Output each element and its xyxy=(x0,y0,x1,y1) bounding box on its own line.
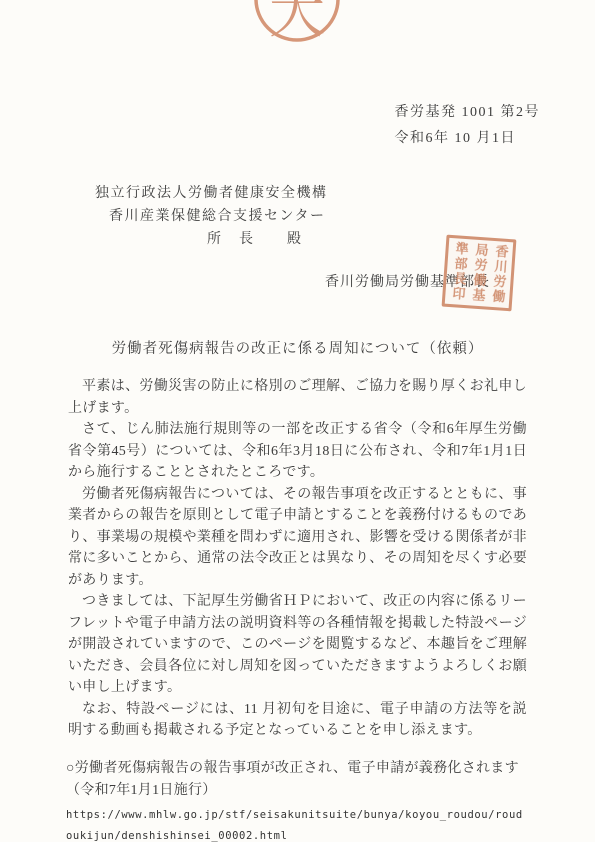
body-paragraph: なお、特設ページには、11 月初旬を目途に、電子申請の方法等を説明する動画も掲載… xyxy=(68,699,527,742)
seal-column-1: 香川労働 xyxy=(487,244,511,305)
document-date: 令和6年 10 月1日 xyxy=(395,126,541,152)
scanned-letter-page: 大 香労基発 1001 第2号 令和6年 10 月1日 独立行政法人労働者健康安… xyxy=(0,0,595,842)
document-header: 香労基発 1001 第2号 令和6年 10 月1日 xyxy=(0,100,595,152)
notice-block: ○労働者死傷病報告の報告事項が改正され、電子申請が義務化されます（令和7年1月1… xyxy=(66,758,528,842)
circular-stamp-icon: 大 xyxy=(250,0,344,46)
body-paragraph: 労働者死傷病報告については、その報告事項を改正するとともに、事業者からの報告を原… xyxy=(68,484,527,592)
body-paragraph: さて、じん肺法施行規則等の一部を改正する省令（令和6年厚生労働省令第45号）につ… xyxy=(68,419,527,484)
document-number: 香労基発 1001 第2号 xyxy=(395,100,541,126)
recipient-organization: 独立行政法人労働者健康安全機構 xyxy=(95,182,595,205)
partial-circular-stamp: 大 xyxy=(250,0,344,46)
official-red-seal: 香川労働 局労働基 準部長印 xyxy=(442,235,517,312)
recipient-block: 独立行政法人労働者健康安全機構 香川産業保健総合支援センター 所 長 殿 xyxy=(95,182,595,251)
subject-title: 労働者死傷病報告の改正に係る周知について（依頼） xyxy=(0,337,595,358)
body-paragraph: つきましては、下記厚生労働省ＨＰにおいて、改正の内容に係るリーフレットや電子申請… xyxy=(68,591,527,699)
notice-heading: ○労働者死傷病報告の報告事項が改正され、電子申請が義務化されます（令和7年1月1… xyxy=(66,758,528,802)
body-paragraph: 平素は、労働災害の防止に格別のご理解、ご協力を賜り厚くお礼申し上げます。 xyxy=(68,376,527,419)
recipient-center: 香川産業保健総合支援センター xyxy=(95,205,595,228)
recipient-honorific: 所 長 殿 xyxy=(95,228,595,251)
sender-block: 香川労働局労働基準部長 香川労働 局労働基 準部長印 xyxy=(0,265,595,311)
letter-body: 平素は、労働災害の防止に格別のご理解、ご協力を賜り厚くお礼申し上げます。 さて、… xyxy=(68,376,527,742)
stamp-glyph: 大 xyxy=(269,0,325,45)
seal-column-3: 準部長印 xyxy=(447,241,471,302)
notice-url: https://www.mhlw.go.jp/stf/seisakunitsui… xyxy=(66,805,528,842)
seal-text: 香川労働 局労働基 準部長印 xyxy=(447,241,511,305)
seal-column-2: 局労働基 xyxy=(467,242,491,303)
